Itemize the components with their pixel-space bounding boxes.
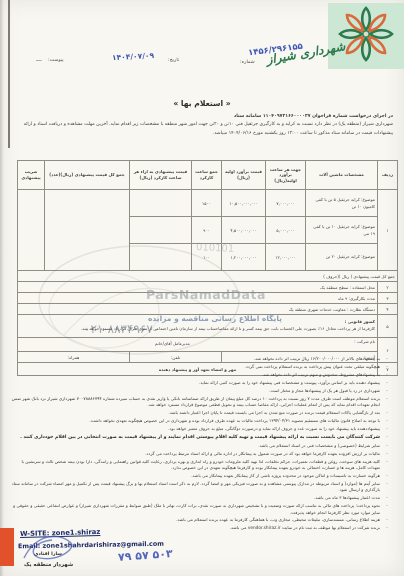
company-row: ۶ نام شرکت : مدیرعامل آقای/خانم (18, 338, 398, 352)
note-item: -پیشنهاددهنده باید پیشنهاد خود را به صور… (8, 427, 390, 433)
total-hours: ۱۰۰ (192, 244, 222, 271)
handwritten-code: ۷۹ ۵۷ ۵۰۳ (118, 547, 173, 564)
company-name-label: نام شرکت : (354, 339, 375, 344)
note-item: -با توجه به اصلاح قانون مالیات های مستقی… (8, 419, 390, 425)
coefficient-blank (18, 190, 45, 271)
legal-deductions-row: ۵ کسور قانونی : کارفرما از هر پرداخت معا… (18, 315, 398, 338)
note-item: -بعد از بازگشایی پاکات استعلام قیمت برند… (8, 411, 390, 417)
municipality-logo-box (328, 3, 404, 69)
base-estimate: ۱,۲۰۰,۰۰۰,۰۰۰ (222, 244, 266, 271)
bullet-dash: - (384, 381, 390, 387)
legal-label: کسور قانونی : (20, 319, 375, 326)
col-base-estimate: قیمت برآورد اولیه (ریال) (222, 161, 266, 190)
machine-spec: موضوع: کرایه جرثقیل ۱۰ تن با کفی ۱۹ تنی (306, 217, 378, 244)
scan-edge-shade (0, 0, 4, 576)
scanned-inquiry-document: شهرداری شیراز شماره: ۱۴۵۶/۲۹۶۱۵۵ تاریخ: … (0, 0, 404, 576)
usage-location: محل استفاده : سطح منطقه یک (18, 282, 378, 293)
bid-per-hour-blank (130, 244, 192, 271)
note-item: -نحوه پرداخت: پرداخت های مالی به تناسب ا… (8, 504, 390, 517)
note-item: -پیشنهاد دهنده باید بر اساس برآورد، پیوس… (8, 381, 390, 387)
col-machine-spec: مشخصات ماشین آلات (306, 161, 378, 190)
row-index: ۳ (378, 293, 398, 304)
signer-name: سارا افتادی (34, 552, 62, 557)
note-item: -سایر آیتم ها (موارد) و اسناد مربوطه در … (8, 482, 390, 495)
base-estimate: ۴,۵۰۰,۰۰۰,۰۰۰ (222, 217, 266, 244)
bid-per-hour-blank (130, 217, 192, 244)
col-coefficient: ضریب پیشنهادی (18, 161, 45, 190)
legal-deductions: کسور قانونی : کارفرما از هر پرداخت معادل… (18, 315, 378, 338)
legal-text: کارفرما از هر پرداخت معادل ۱۶٪ بصورت علی… (81, 326, 375, 331)
hour-rate: ۵,۰۰۰,۰۰۰ (266, 217, 306, 244)
info-row: ۲ محل استفاده : سطح منطقه یک (18, 282, 398, 293)
bullet-dash: - (384, 444, 390, 450)
total-hours: ۱۵۰۰ (192, 190, 222, 217)
bullet-dash: - (384, 452, 390, 458)
hour-rate: ۷,۰۰۰,۰۰۰ (266, 190, 306, 217)
col-total-hours: جمع ساعت کارکرد (192, 161, 222, 190)
row-index: ۲ (378, 282, 398, 293)
base-estimate: ۱۰,۵۰۰,۰۰۰,۰۰۰ (222, 190, 266, 217)
attachment-value: ــــ (36, 58, 42, 63)
note-item: -به پیشنهادهای بالاتر از ۱۶/۲۰۰/۰۰۰/۰۰۰ … (8, 357, 390, 363)
employment-duration: مدت بکارگیری: ۹ ماه (18, 293, 378, 304)
total-words-row: جمع کل قیمت پیشنهادی ( ریال )(حروف ) (18, 271, 398, 282)
note-item: -هرگونه خسارت به تاسیسات و اماکن موجود د… (8, 474, 390, 480)
col-bid-per-hour: قیمت پیشنهادی به ازاء هر ساعت کارکرد (ری… (130, 161, 192, 190)
note-item: -هزینه اطلاع رسانی، مستندسازی، تبلیغات م… (8, 518, 390, 524)
info-row: ۳ مدت بکارگیری: ۹ ماه (18, 293, 398, 304)
note-item: -سایر شرایط (خصوصی) و مشخصات فنی در اسنا… (8, 444, 390, 450)
col-row-no: ردیف (378, 161, 398, 190)
machine-spec: موضوع: کرایه جرثقیل ۲۰ تن (306, 244, 378, 271)
shiraz-municipality-flower-icon (338, 5, 394, 65)
company-name-line: نام شرکت : مدیرعامل آقای/خانم (18, 338, 378, 352)
total-in-words-label: جمع کل قیمت پیشنهادی ( ریال )(حروف ) (18, 271, 398, 282)
bullet-dash: - (384, 397, 390, 403)
signature-scribble (18, 532, 98, 566)
note-item-emphasized: -شرکت کنندگان می بایست نسبت به ارائه پیش… (8, 435, 390, 442)
ceo-label: مدیرعامل آقای/خانم (155, 341, 190, 346)
bullet-dash: - (384, 411, 390, 417)
intro-paragraph: در اجرای درخواست شماره فراخوان ۱۱۰۴۰۹۷۲۱… (8, 113, 393, 138)
row-index: ۴ (378, 304, 398, 315)
bullet-dash: - (384, 504, 390, 510)
signer-title: شهردار منطقه یک (24, 562, 73, 568)
col-bid-total-number: جمع کل قیمت پیشنهادی (ریال)(عدد) (45, 161, 130, 190)
note-item: -مدت اعتبار پیشنهادها ۳ ماه می باشد. (8, 496, 390, 502)
note-item: -هیچگونه مبلغی تحت عنوان پیش پرداخت به ب… (8, 365, 390, 371)
bullet-dash: - (384, 373, 390, 379)
bullet-dash: - (384, 427, 390, 433)
intro-line1: در اجرای درخواست شماره فراخوان ۱۱۰۴۰۹۷۲۱… (8, 113, 393, 121)
conditions-list: -به پیشنهادهای بالاتر از ۱۶/۲۰۰/۰۰۰/۰۰۰ … (8, 357, 390, 534)
date-value-handwritten: ۱۴۰۴/۰۷/۰۹ (112, 51, 155, 62)
note-item: -به پیشنهادهای مشروط، مخدوش و مبهم ترتیب… (8, 373, 390, 379)
bullet-dash: - (384, 419, 390, 425)
info-row: ۴ دستگاه نظارت : معاونت خدمات شهری منطقه… (18, 304, 398, 315)
red-highlight-box (0, 528, 14, 566)
bullet-dash: - (384, 357, 390, 363)
bullet-dash: - (384, 435, 390, 441)
bullet-dash: - (384, 460, 390, 466)
price-inquiry-table: ردیف مشخصات ماشین آلات جهت هر ساعت برآور… (17, 160, 398, 376)
document-title: « استعلام بها » (0, 99, 404, 108)
row-index: ۵ (378, 315, 398, 338)
bullet-dash: - (384, 496, 390, 502)
bullet-dash: - (384, 482, 390, 488)
number-label: شماره: (240, 60, 255, 65)
note-item: -برنده استعلام موظف است ظرف مدت ۷ روز نس… (8, 397, 390, 410)
note-item: -کلیه هزینه های سوخت، روغن و قطعات، تعمی… (8, 460, 390, 473)
note-item: -شهرداری در رد یا قبول هر یک از پیشنهاده… (8, 389, 390, 395)
bullet-dash: - (384, 389, 390, 395)
machine-row: ۱ موضوع: کرایه جرثقیل ۵ تن با کفی کامیون… (18, 190, 398, 217)
note-item: -مالیات بر ارزش افزوده بعهده کارفرما خوا… (8, 452, 390, 458)
bullet-dash: - (384, 518, 390, 524)
total-hours: ۹۰۰ (192, 217, 222, 244)
bid-per-hour-blank (130, 190, 192, 217)
bid-total-blank (45, 190, 130, 271)
row-index: ۱ (378, 190, 398, 271)
bullet-dash: - (384, 474, 390, 480)
bullet-dash: - (384, 526, 390, 532)
date-label: تاریخ: (168, 58, 179, 63)
table-header-row: ردیف مشخصات ماشین آلات جهت هر ساعت برآور… (18, 161, 398, 190)
intro-line2: شهرداری شیراز (منطقه یک) در نظر دارد نسب… (8, 121, 393, 138)
bullet-dash: - (384, 365, 390, 371)
supervision-unit: دستگاه نظارت : معاونت خدمات شهری منطقه ی… (18, 304, 378, 315)
hour-rate: ۱۲,۰۰۰,۰۰۰ (266, 244, 306, 271)
attachment-label: پیوست: (48, 58, 64, 63)
col-hour-estimate: جهت هر ساعت برآورد اولیه(ریال) (266, 161, 306, 190)
machine-spec: موضوع: کرایه جرثقیل ۵ تن با کفی کامیون ۱… (306, 190, 378, 217)
